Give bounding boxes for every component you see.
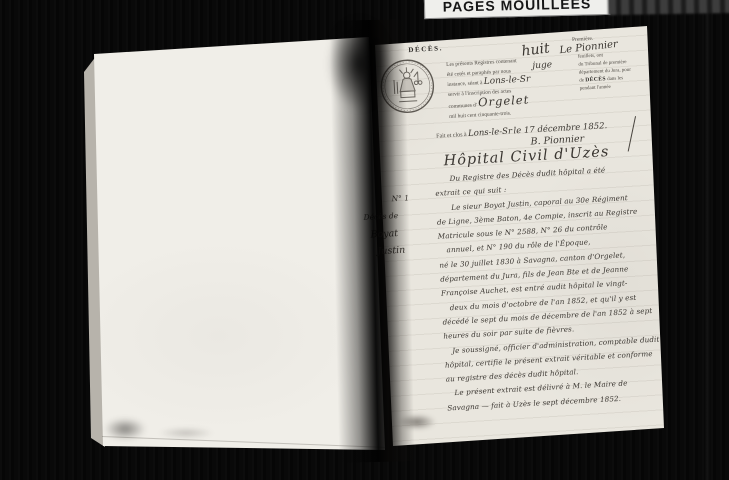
signature-flourish — [628, 116, 636, 151]
gutter-top-dark-blob — [328, 18, 390, 110]
right-page-content: DÉCÈS. Première. Le Pionnier Les présent… — [375, 30, 669, 447]
deces-printed-heading: DÉCÈS. — [408, 44, 443, 54]
label-ghost-continuation — [608, 0, 729, 15]
handwritten-seat-place: Lons-le-Sr — [484, 75, 531, 88]
printed-form-left-column: Les présents Registres contenant été cot… — [446, 54, 581, 123]
pages-mouillees-text: PAGES MOUILLÉES — [443, 0, 592, 14]
pages-mouillees-label: PAGES MOUILLÉES — [424, 0, 611, 19]
handwritten-commune: Orgelet — [478, 93, 530, 110]
act-body-text: Du Registre des Décès dudit hôpital a ét… — [434, 161, 667, 416]
water-stain-left-page-2 — [158, 427, 214, 439]
dated-place: Lons-le-Sr — [468, 126, 512, 138]
water-stain-left-page — [104, 418, 146, 440]
scan-background-seam — [704, 0, 710, 480]
handwritten-judge-title: juge — [532, 60, 552, 71]
deces-bold-word: DÉCÈS — [585, 76, 606, 83]
scanned-register-photo: { "label_strip": { "text": "PAGES MOUILL… — [0, 0, 729, 480]
printed-form-right-column: feuillets, ont du Tribunal de première d… — [578, 50, 648, 93]
